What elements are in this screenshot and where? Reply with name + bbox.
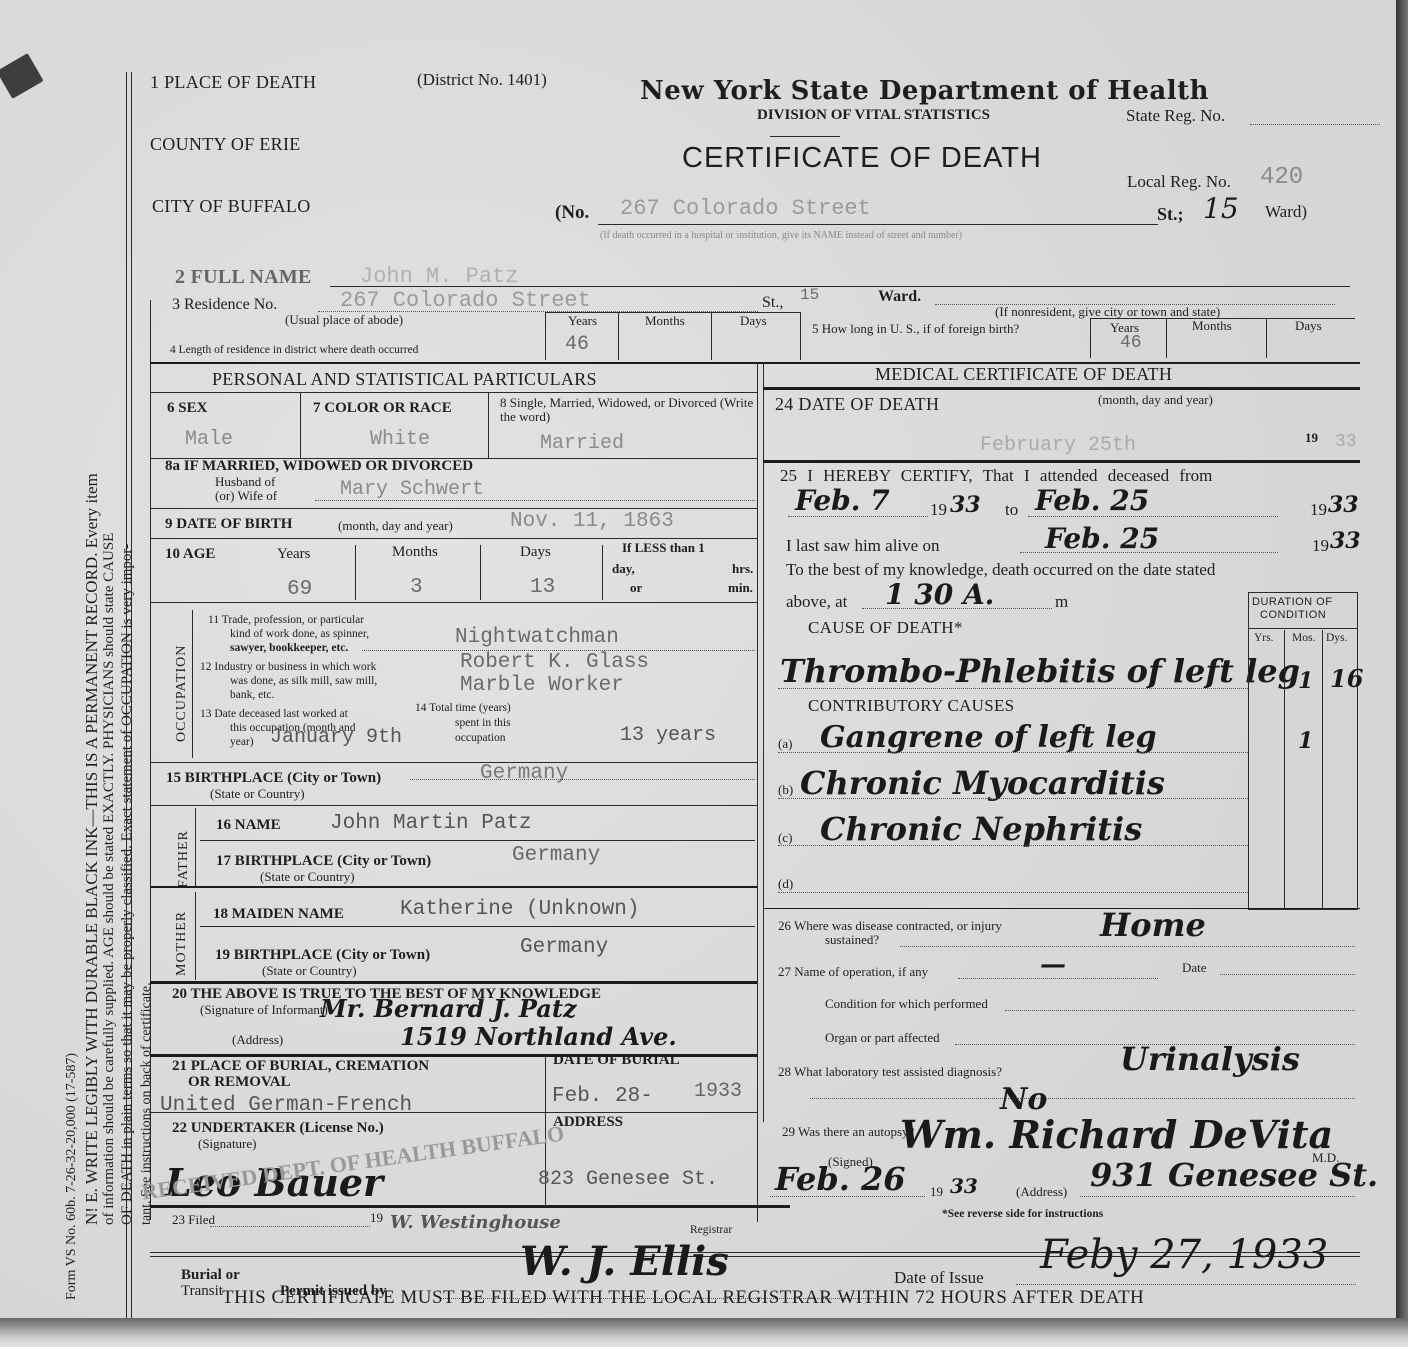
- cause-bottom: [763, 908, 1360, 909]
- us-box-left: [1090, 318, 1091, 358]
- maiden-name-value: Katherine (Unknown): [400, 898, 639, 921]
- informant-signature: Mr. Bernard J. Patz: [320, 994, 577, 1023]
- attended-to-value: Feb. 25: [1035, 484, 1149, 517]
- industry-label-1: 12 Industry or business in which work: [200, 661, 376, 673]
- spouse-label: 8a IF MARRIED, WIDOWED OR DIVORCED: [165, 458, 473, 475]
- date-of-issue-label: Date of Issue: [894, 1268, 984, 1288]
- duration-title-1: DURATION OF: [1252, 596, 1332, 608]
- undertaker-address-value: 823 Genesee St.: [538, 1168, 718, 1191]
- trade-label-1: 11 Trade, profession, or particular: [208, 614, 364, 626]
- us-months-label: Months: [1192, 318, 1232, 334]
- contrib-b-line: [778, 798, 1248, 799]
- local-reg-value: 420: [1260, 164, 1303, 191]
- filed-year-label: 19: [370, 1210, 383, 1226]
- city: CITY OF BUFFALO: [152, 196, 311, 217]
- trade-value: Nightwatchman: [455, 626, 619, 649]
- margin-instructions-1: N! E. WRITE LEGIBLY WITH DURABLE BLACK I…: [82, 473, 102, 1225]
- dod-bottom: [763, 460, 1360, 463]
- sex-divider: [300, 392, 301, 458]
- father-birthplace-label: 17 BIRTHPLACE (City or Town): [216, 853, 431, 870]
- industry-label-3: bank, etc.: [230, 689, 274, 701]
- residence-st-label: St.,: [762, 294, 783, 312]
- burial-date-label: DATE OF BURIAL: [553, 1052, 680, 1069]
- informant-sig-label: (Signature of Informant): [200, 1002, 328, 1018]
- scan-edge-shadow: [1396, 0, 1408, 1347]
- total-time-value: 13 years: [620, 724, 716, 747]
- certificate-title: CERTIFICATE OF DEATH: [682, 142, 1042, 175]
- contrib-a-duration-months: 1: [1298, 728, 1313, 754]
- operation-date-label: Date: [1182, 960, 1207, 976]
- date-of-death-sub: (month, day and year): [1098, 392, 1213, 408]
- age-div2: [480, 545, 481, 600]
- to-year-value: 33: [1328, 492, 1359, 518]
- birthplace-line: [410, 779, 755, 780]
- to-label: to: [1005, 500, 1018, 520]
- length-days-label: Days: [740, 313, 767, 329]
- length-box-right: [800, 312, 801, 360]
- above-at-label: above, at: [786, 592, 847, 612]
- father-name-label: 16 NAME: [216, 817, 281, 834]
- from-line: [788, 516, 928, 517]
- signed-year-value: 33: [950, 1174, 978, 1198]
- marital-value: Married: [540, 432, 624, 455]
- date-of-death-label: 24 DATE OF DEATH: [775, 394, 939, 415]
- column-divider-inner: [763, 362, 764, 1122]
- dob-sub-label: (month, day and year): [338, 518, 453, 534]
- permit-issued-signature: W. J. Ellis: [520, 1238, 729, 1285]
- address-line: [598, 224, 1158, 225]
- place-of-death-label: 1 PLACE OF DEATH: [150, 72, 316, 93]
- burial-place-label-2: OR REMOVAL: [188, 1074, 291, 1091]
- to-year-prefix: 19: [1310, 500, 1327, 520]
- state-reg-label: State Reg. No.: [1126, 106, 1225, 126]
- age-days-label: Days: [520, 544, 551, 561]
- filed-registrar-signature: W. Westinghouse: [390, 1212, 561, 1233]
- total-time-label-1: 14 Total time (years): [415, 702, 511, 714]
- duration-div1: [1284, 630, 1285, 908]
- duration-title-2: CONDITION: [1260, 609, 1326, 621]
- occupation-bottom: [150, 762, 757, 763]
- length-box-left: [545, 312, 546, 360]
- contrib-c-value: Chronic Nephritis: [820, 810, 1142, 848]
- duration-mos-label: Mos.: [1292, 632, 1315, 644]
- filed-label: 23 Filed: [172, 1212, 215, 1228]
- spouse-row-bottom: [150, 508, 757, 509]
- contrib-d-line: [778, 892, 1248, 893]
- contrib-c-letter: (c): [778, 830, 792, 846]
- cause-of-death-label: CAUSE OF DEATH*: [808, 618, 963, 638]
- date-of-issue-value: Feby 27, 1933: [1040, 1232, 1328, 1278]
- residence-bottom-line: [150, 362, 1360, 364]
- usual-abode-label: (Usual place of abode): [285, 312, 403, 328]
- department-title: New York State Department of Health: [640, 76, 1209, 106]
- age-months-value: 3: [410, 576, 423, 599]
- contracted-label-1: 26 Where was disease contracted, or inju…: [778, 918, 1002, 934]
- informant-address-label: (Address): [232, 1032, 283, 1048]
- birthplace-bottom: [150, 805, 757, 806]
- residence-label: 3 Residence No.: [172, 296, 277, 314]
- marital-label: 8 Single, Married, Widowed, or Divorced …: [500, 396, 755, 424]
- duration-dys-label: Dys.: [1326, 632, 1347, 644]
- duration-yrs-label: Yrs.: [1254, 632, 1274, 644]
- less-min-label: min.: [728, 580, 753, 596]
- time-of-death-value: 1 30 A.: [885, 578, 994, 611]
- filing-notice: THIS CERTIFICATE MUST BE FILED WITH THE …: [222, 1287, 1144, 1309]
- age-row-bottom: [150, 602, 757, 603]
- dob-label: 9 DATE OF BIRTH: [165, 516, 292, 533]
- knowledge-label: To the best of my knowledge, death occur…: [786, 560, 1215, 580]
- undertaker-address-label: ADDRESS: [553, 1114, 623, 1131]
- occupation-side-label: OCCUPATION: [172, 645, 190, 742]
- cause-of-death-value: Thrombo-Phlebitis of left leg: [780, 652, 1300, 690]
- operation-line: [958, 978, 1158, 979]
- birthplace-label: 15 BIRTHPLACE (City or Town): [166, 770, 381, 787]
- ward-value: 15: [1203, 192, 1239, 225]
- father-name-value: John Martin Patz: [330, 812, 532, 835]
- age-label: 10 AGE: [165, 546, 215, 563]
- place-address-value: 267 Colorado Street: [620, 196, 871, 221]
- operation-value: —: [1040, 950, 1066, 980]
- residence-ward-label: Ward.: [878, 288, 921, 306]
- form-number-text: Form VS No. 60b. 7-26-32-20,000 (17-587): [64, 1053, 79, 1300]
- operation-label: 27 Name of operation, if any: [778, 964, 928, 980]
- filed-line: [210, 1226, 370, 1227]
- burial-place-value: United German-French: [160, 1094, 412, 1117]
- undertaker-label: 22 UNDERTAKER (License No.): [172, 1120, 384, 1137]
- last-saw-year-prefix: 19: [1312, 536, 1329, 556]
- full-name-label: 2 FULL NAME: [175, 266, 312, 289]
- transit-label: Transit: [181, 1283, 223, 1300]
- father-birthplace-sub: (State or Country): [260, 869, 355, 885]
- less-day-label: day,: [612, 561, 635, 577]
- burial-year-value: 1933: [694, 1080, 742, 1103]
- contrib-b-value: Chronic Myocarditis: [800, 764, 1165, 802]
- us-box-div2: [1266, 318, 1267, 358]
- death-certificate-scan: Form VS No. 60b. 7-26-32-20,000 (17-587)…: [0, 0, 1408, 1347]
- us-residence-label: 5 How long in U. S., if of foreign birth…: [812, 322, 1082, 336]
- length-years-value: 46: [565, 333, 589, 356]
- length-months-label: Months: [645, 313, 685, 329]
- last-saw-line: [1020, 552, 1278, 553]
- condition-line: [1005, 1010, 1355, 1011]
- wife-of-label: (or) Wife of: [215, 488, 277, 504]
- father-bottom: [150, 886, 757, 888]
- condition-performed-label: Condition for which performed: [825, 996, 988, 1012]
- medical-section-title: MEDICAL CERTIFICATE OF DEATH: [875, 364, 1172, 385]
- contrib-a-line: [778, 752, 1248, 753]
- medical-title-line: [763, 387, 1360, 390]
- lab-test-label: 28 What laboratory test assisted diagnos…: [778, 1064, 1002, 1080]
- less-hrs-label: hrs.: [732, 561, 753, 577]
- duration-div2: [1322, 630, 1323, 908]
- mother-birthplace-sub: (State or Country): [262, 963, 357, 979]
- lab-test-value: Urinalysis: [1120, 1040, 1300, 1078]
- signed-date-value: Feb. 26: [775, 1160, 906, 1198]
- duration-title-line: [1248, 628, 1358, 629]
- undertaker-bottom: [150, 1205, 790, 1208]
- last-saw-year-value: 33: [1330, 528, 1361, 554]
- lab-line-2: [810, 1098, 1355, 1099]
- industry-label-2: was done, as silk mill, saw mill,: [230, 675, 377, 687]
- mother-side-label: MOTHER: [172, 911, 190, 976]
- age-months-label: Months: [392, 544, 438, 561]
- title-divider: [770, 136, 840, 137]
- mother-bottom: [150, 981, 757, 984]
- industry-value-1: Robert K. Glass: [460, 651, 649, 674]
- trade-label-3: sawyer, bookkeeper, etc.: [230, 642, 348, 654]
- division-title: DIVISION OF VITAL STATISTICS: [757, 107, 990, 124]
- race-divider: [488, 392, 489, 458]
- contrib-a-value: Gangrene of left leg: [820, 720, 1157, 755]
- state-reg-field: [1250, 124, 1380, 125]
- contracted-value: Home: [1100, 906, 1206, 944]
- mother-birthplace-value: Germany: [520, 936, 608, 959]
- us-years-value: 46: [1120, 333, 1142, 353]
- mother-birthplace-label: 19 BIRTHPLACE (City or Town): [215, 947, 430, 964]
- birthplace-value: Germany: [480, 762, 568, 785]
- margin-instructions-2: of information should be carefully suppl…: [100, 533, 118, 1225]
- certify-label: 25 I HEREBY CERTIFY, That I attended dec…: [780, 466, 1212, 486]
- contracted-label-2: sustained?: [825, 932, 879, 948]
- age-years-label: Years: [277, 546, 310, 563]
- burial-date-value: Feb. 28-: [552, 1085, 653, 1108]
- burial-or-label: Burial or: [181, 1267, 240, 1284]
- contrib-d-letter: (d): [778, 876, 793, 892]
- burial-row-bottom: [150, 1112, 757, 1113]
- total-time-label-2: spent in this: [455, 717, 511, 729]
- hospital-note: (If death occurred in a hospital or inst…: [600, 230, 962, 241]
- race-label: 7 COLOR OR RACE: [313, 400, 452, 417]
- operation-date-line: [1220, 974, 1355, 975]
- age-years-value: 69: [287, 578, 312, 601]
- birthplace-sub: (State or Country): [210, 786, 305, 802]
- last-saw-value: Feb. 25: [1045, 522, 1159, 555]
- age-days-value: 13: [530, 576, 555, 599]
- date-of-issue-line: [1016, 1284, 1356, 1285]
- age-div1: [355, 545, 356, 600]
- physician-address: 931 Genesee St.: [1090, 1156, 1378, 1194]
- cause-duration-months: 1: [1298, 668, 1313, 694]
- date-of-death-value: February 25th: [980, 434, 1136, 457]
- contributory-causes-label: CONTRIBUTORY CAUSES: [808, 696, 1014, 716]
- signed-date-line: [770, 1196, 925, 1197]
- margin-instructions-3: OF DEATH in plain terms so that it may b…: [118, 544, 136, 1225]
- contrib-b-letter: (b): [778, 782, 793, 798]
- maiden-line: [200, 926, 755, 927]
- us-box-div1: [1166, 318, 1167, 358]
- organ-affected-label: Organ or part affected: [825, 1030, 940, 1046]
- contracted-line: [900, 946, 1355, 947]
- maiden-name-label: 18 MAIDEN NAME: [213, 906, 344, 923]
- us-days-label: Days: [1295, 318, 1322, 334]
- date-of-death-19: 19: [1305, 430, 1318, 446]
- date-of-death-year: 33: [1335, 432, 1357, 452]
- signed-year-prefix: 19: [930, 1184, 943, 1200]
- informant-address: 1519 Northland Ave.: [400, 1022, 677, 1051]
- last-worked-value: January 9th: [270, 726, 402, 749]
- no-label: (No.: [555, 202, 589, 224]
- ward-label: Ward): [1265, 202, 1307, 222]
- registrar-label: Registrar: [690, 1224, 732, 1236]
- residence-ward-value: 15: [800, 286, 819, 304]
- local-reg-label: Local Reg. No.: [1127, 172, 1231, 192]
- length-years-label: Years: [568, 313, 597, 329]
- father-side-label: FATHER: [174, 830, 192, 888]
- time-m-label: m: [1055, 592, 1068, 612]
- time-line: [862, 608, 1052, 609]
- form-border-left: [126, 72, 127, 1322]
- personal-section-title: PERSONAL AND STATISTICAL PARTICULARS: [212, 369, 597, 390]
- burial-place-label-1: 21 PLACE OF BURIAL, CREMATION: [172, 1058, 429, 1075]
- from-year-value: 33: [950, 492, 981, 518]
- attended-from-value: Feb. 7: [795, 484, 890, 517]
- length-box-div1: [618, 312, 619, 360]
- corner-tab: [0, 53, 44, 99]
- spouse-value: Mary Schwert: [340, 478, 484, 501]
- last-worked-label-3: year): [230, 736, 254, 748]
- st-label: St.;: [1157, 204, 1184, 225]
- occupation-side-divider: [192, 610, 193, 758]
- sex-value: Male: [185, 428, 233, 451]
- scan-bottom-shadow: [0, 1318, 1408, 1347]
- to-line: [1028, 516, 1278, 517]
- father-side-divider: [195, 808, 196, 886]
- cause-duration-days: 16: [1330, 664, 1363, 693]
- less-or-label: or: [630, 580, 642, 596]
- last-saw-label: I last saw him alive on: [786, 536, 939, 556]
- physician-address-label: (Address): [1016, 1184, 1067, 1200]
- cause-line: [778, 688, 1248, 689]
- dob-value: Nov. 11, 1863: [510, 510, 674, 533]
- undertaker-sub: (Signature): [198, 1136, 256, 1152]
- full-name-value: John M. Patz: [360, 264, 518, 289]
- form-border-left-inner: [131, 72, 132, 1322]
- physician-address-line: [1080, 1196, 1355, 1197]
- physician-signature: Wm. Richard DeVita: [900, 1112, 1333, 1157]
- from-year-prefix: 19: [930, 500, 947, 520]
- contrib-c-line: [778, 845, 1248, 846]
- county: COUNTY OF ERIE: [150, 134, 301, 155]
- mother-side-divider: [195, 892, 196, 980]
- length-residence-label: 4 Length of residence in district where …: [170, 344, 418, 356]
- father-birthplace-value: Germany: [512, 844, 600, 867]
- length-box-div2: [711, 312, 712, 360]
- district-number: (District No. 1401): [417, 70, 547, 90]
- form-number: Form VS No. 60b. 7-26-32-20,000 (17-587): [62, 1053, 80, 1300]
- dob-row-bottom: [150, 538, 757, 539]
- less-than-label: If LESS than 1: [622, 540, 705, 556]
- reverse-side-note: *See reverse side for instructions: [942, 1208, 1103, 1220]
- father-name-line: [200, 840, 755, 841]
- sex-label: 6 SEX: [167, 400, 207, 417]
- section-border-left: [150, 300, 151, 1220]
- autopsy-label: 29 Was there an autopsy?: [782, 1124, 914, 1140]
- personal-title-line: [150, 392, 757, 393]
- trade-label-2: kind of work done, as spinner,: [230, 628, 369, 640]
- age-div3: [602, 545, 603, 600]
- total-time-label-3: occupation: [455, 732, 505, 744]
- spouse-line: [315, 500, 755, 501]
- race-value: White: [370, 428, 430, 451]
- last-worked-label-1: 13 Date deceased last worked at: [200, 708, 348, 720]
- contrib-a-letter: (a): [778, 736, 792, 752]
- residence-value: 267 Colorado Street: [340, 288, 591, 313]
- industry-value-2: Marble Worker: [460, 674, 624, 697]
- column-divider: [757, 362, 758, 1222]
